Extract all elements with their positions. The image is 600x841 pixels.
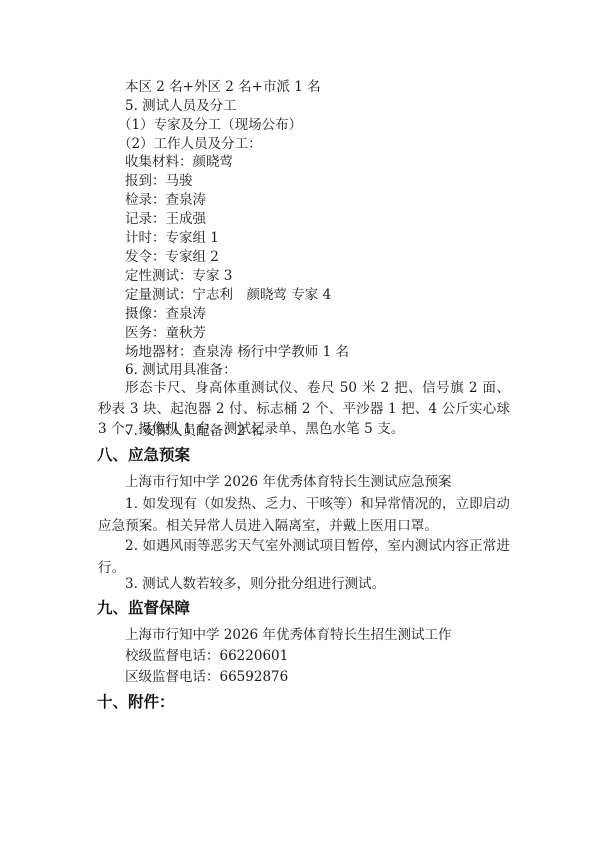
section9-line1: 上海市行知中学 2026 年优秀体育特长生招生测试工作 [125, 626, 451, 644]
staff-item: 收集材料：颜晓莺 [125, 153, 233, 171]
staff-item: 医务：童秋芳 [125, 324, 206, 342]
section8-paragraph-3: 3. 测试人数若较多，则分批分组进行测试。 [125, 575, 385, 593]
staff-item: 计时：专家组 1 [125, 229, 219, 247]
school-phone-line: 校级监督电话：66220601 [125, 647, 288, 665]
staff-item: 定性测试：专家 3 [125, 267, 232, 285]
section10-heading: 十、附件： [97, 692, 175, 712]
staff-item: 定量测试：宁志利 颜晓莺 专家 4 [125, 286, 331, 304]
section9-heading: 九、监督保障 [97, 598, 190, 618]
section8-paragraph-2: 2. 如遇风雨等恶劣天气室外测试项目暂停，室内测试内容正常进行。 [98, 535, 510, 579]
item6-title: 6. 测试用具准备： [125, 361, 237, 379]
section8-paragraph-1: 1. 如发现有（如发热、乏力、干咳等）和异常情况的，立即启动应急预案。相关异常人… [98, 493, 510, 537]
section8-heading: 八、应急预案 [97, 445, 190, 465]
staff-item: 检录：查泉涛 [125, 191, 206, 209]
item7-line: 7. 安保人员配备：2 名 [125, 422, 263, 440]
staff-item: 场地器材：查泉涛 杨行中学教师 1 名 [125, 343, 349, 361]
staff-item: 摄像：查泉涛 [125, 305, 206, 323]
section8-title-line: 上海市行知中学 2026 年优秀体育特长生测试应急预案 [125, 473, 451, 491]
staff-item: 报到：马骏 [125, 172, 193, 190]
item5-title: 5. 测试人员及分工 [125, 97, 237, 115]
staff-item: 发令：专家组 2 [125, 248, 219, 266]
quota-line: 本区 2 名+外区 2 名+市派 1 名 [125, 78, 321, 96]
staff-item: 记录：王成强 [125, 210, 206, 228]
item5-sub2: （2）工作人员及分工： [118, 135, 262, 153]
district-phone-line: 区级监督电话：66592876 [125, 668, 288, 686]
item5-sub1: （1）专家及分工（现场公布） [118, 116, 302, 134]
